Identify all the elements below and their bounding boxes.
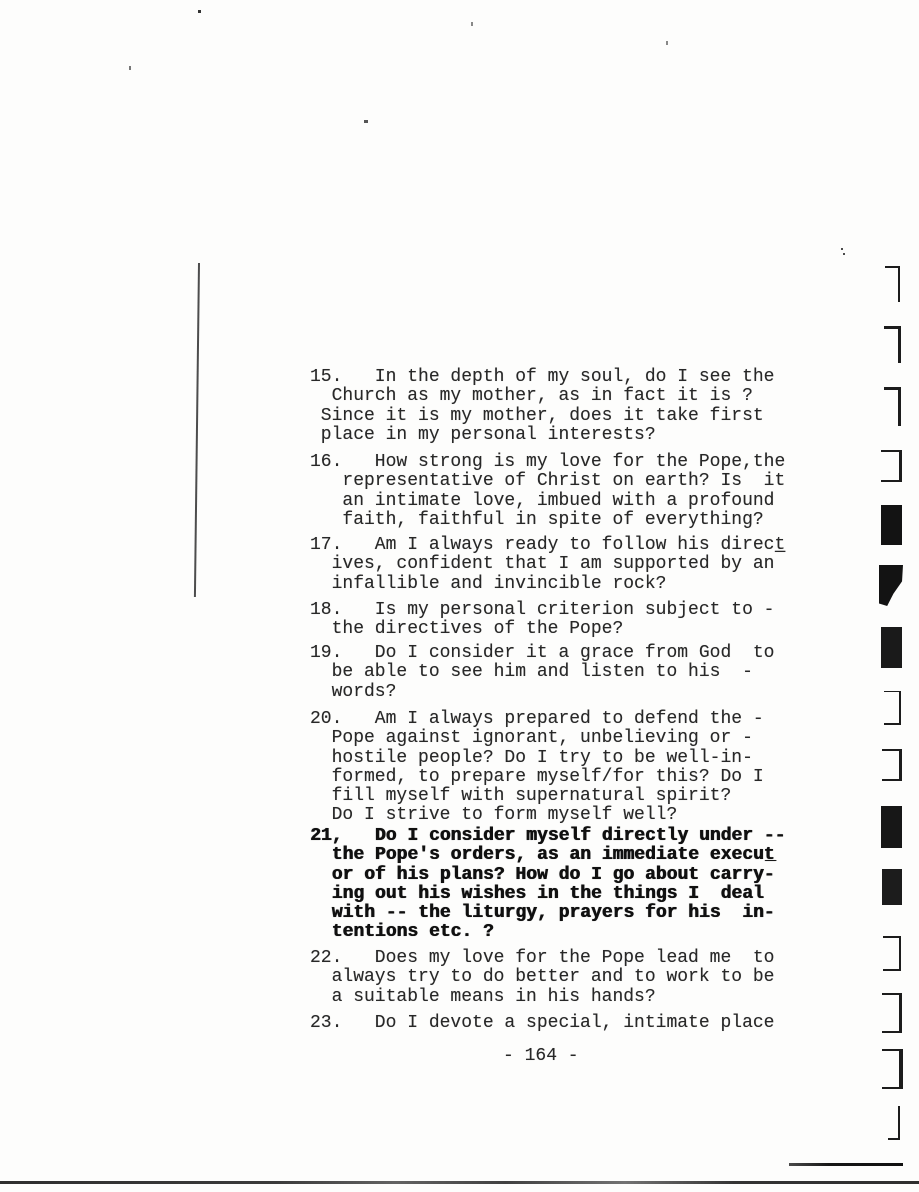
ink-speck — [198, 10, 201, 13]
question-item-20: 20. Am I always prepared to defend the -… — [310, 710, 764, 826]
binding-mark — [882, 869, 902, 905]
scan-edge-line-bottom — [0, 1181, 919, 1184]
question-item-23: 23. Do I devote a special, intimate plac… — [310, 1014, 774, 1033]
left-crease-line — [194, 263, 200, 597]
ink-speck — [129, 66, 131, 70]
ink-speck — [843, 253, 845, 255]
question-item-18: 18. Is my personal criterion subject to … — [310, 601, 774, 640]
binding-mark — [883, 936, 901, 971]
question-item-22: 22. Does my love for the Pope lead me to… — [310, 949, 774, 1007]
scan-edge-line-right — [789, 1163, 903, 1166]
binding-mark — [882, 1049, 903, 1089]
binding-mark — [888, 1106, 900, 1140]
binding-mark — [882, 749, 902, 781]
binding-mark — [879, 565, 903, 606]
binding-mark — [885, 266, 900, 302]
scanned-page: 15. In the depth of my soul, do I see th… — [0, 0, 919, 1192]
question-item-21: 21, Do I consider myself directly under … — [310, 827, 785, 943]
binding-mark — [882, 993, 902, 1033]
binding-mark — [881, 627, 902, 668]
ink-speck — [666, 41, 668, 45]
ink-speck — [841, 248, 843, 250]
ink-speck — [364, 120, 368, 123]
question-item-16: 16. How strong is my love for the Pope,t… — [310, 453, 785, 530]
binding-mark — [884, 326, 901, 363]
binding-mark — [881, 450, 902, 482]
binding-mark — [884, 691, 901, 725]
binding-mark — [881, 806, 902, 848]
binding-mark — [884, 387, 901, 426]
ink-speck — [471, 22, 473, 26]
page-number: - 164 - — [503, 1046, 579, 1066]
question-item-15: 15. In the depth of my soul, do I see th… — [310, 368, 774, 445]
scanned-document-screenshot: { "doc": { "items": [ { "number": "15", … — [0, 0, 919, 1192]
binding-mark — [881, 505, 902, 545]
question-item-17: 17. Am I always ready to follow his dire… — [310, 536, 785, 594]
question-item-19: 19. Do I consider it a grace from God to… — [310, 644, 774, 702]
